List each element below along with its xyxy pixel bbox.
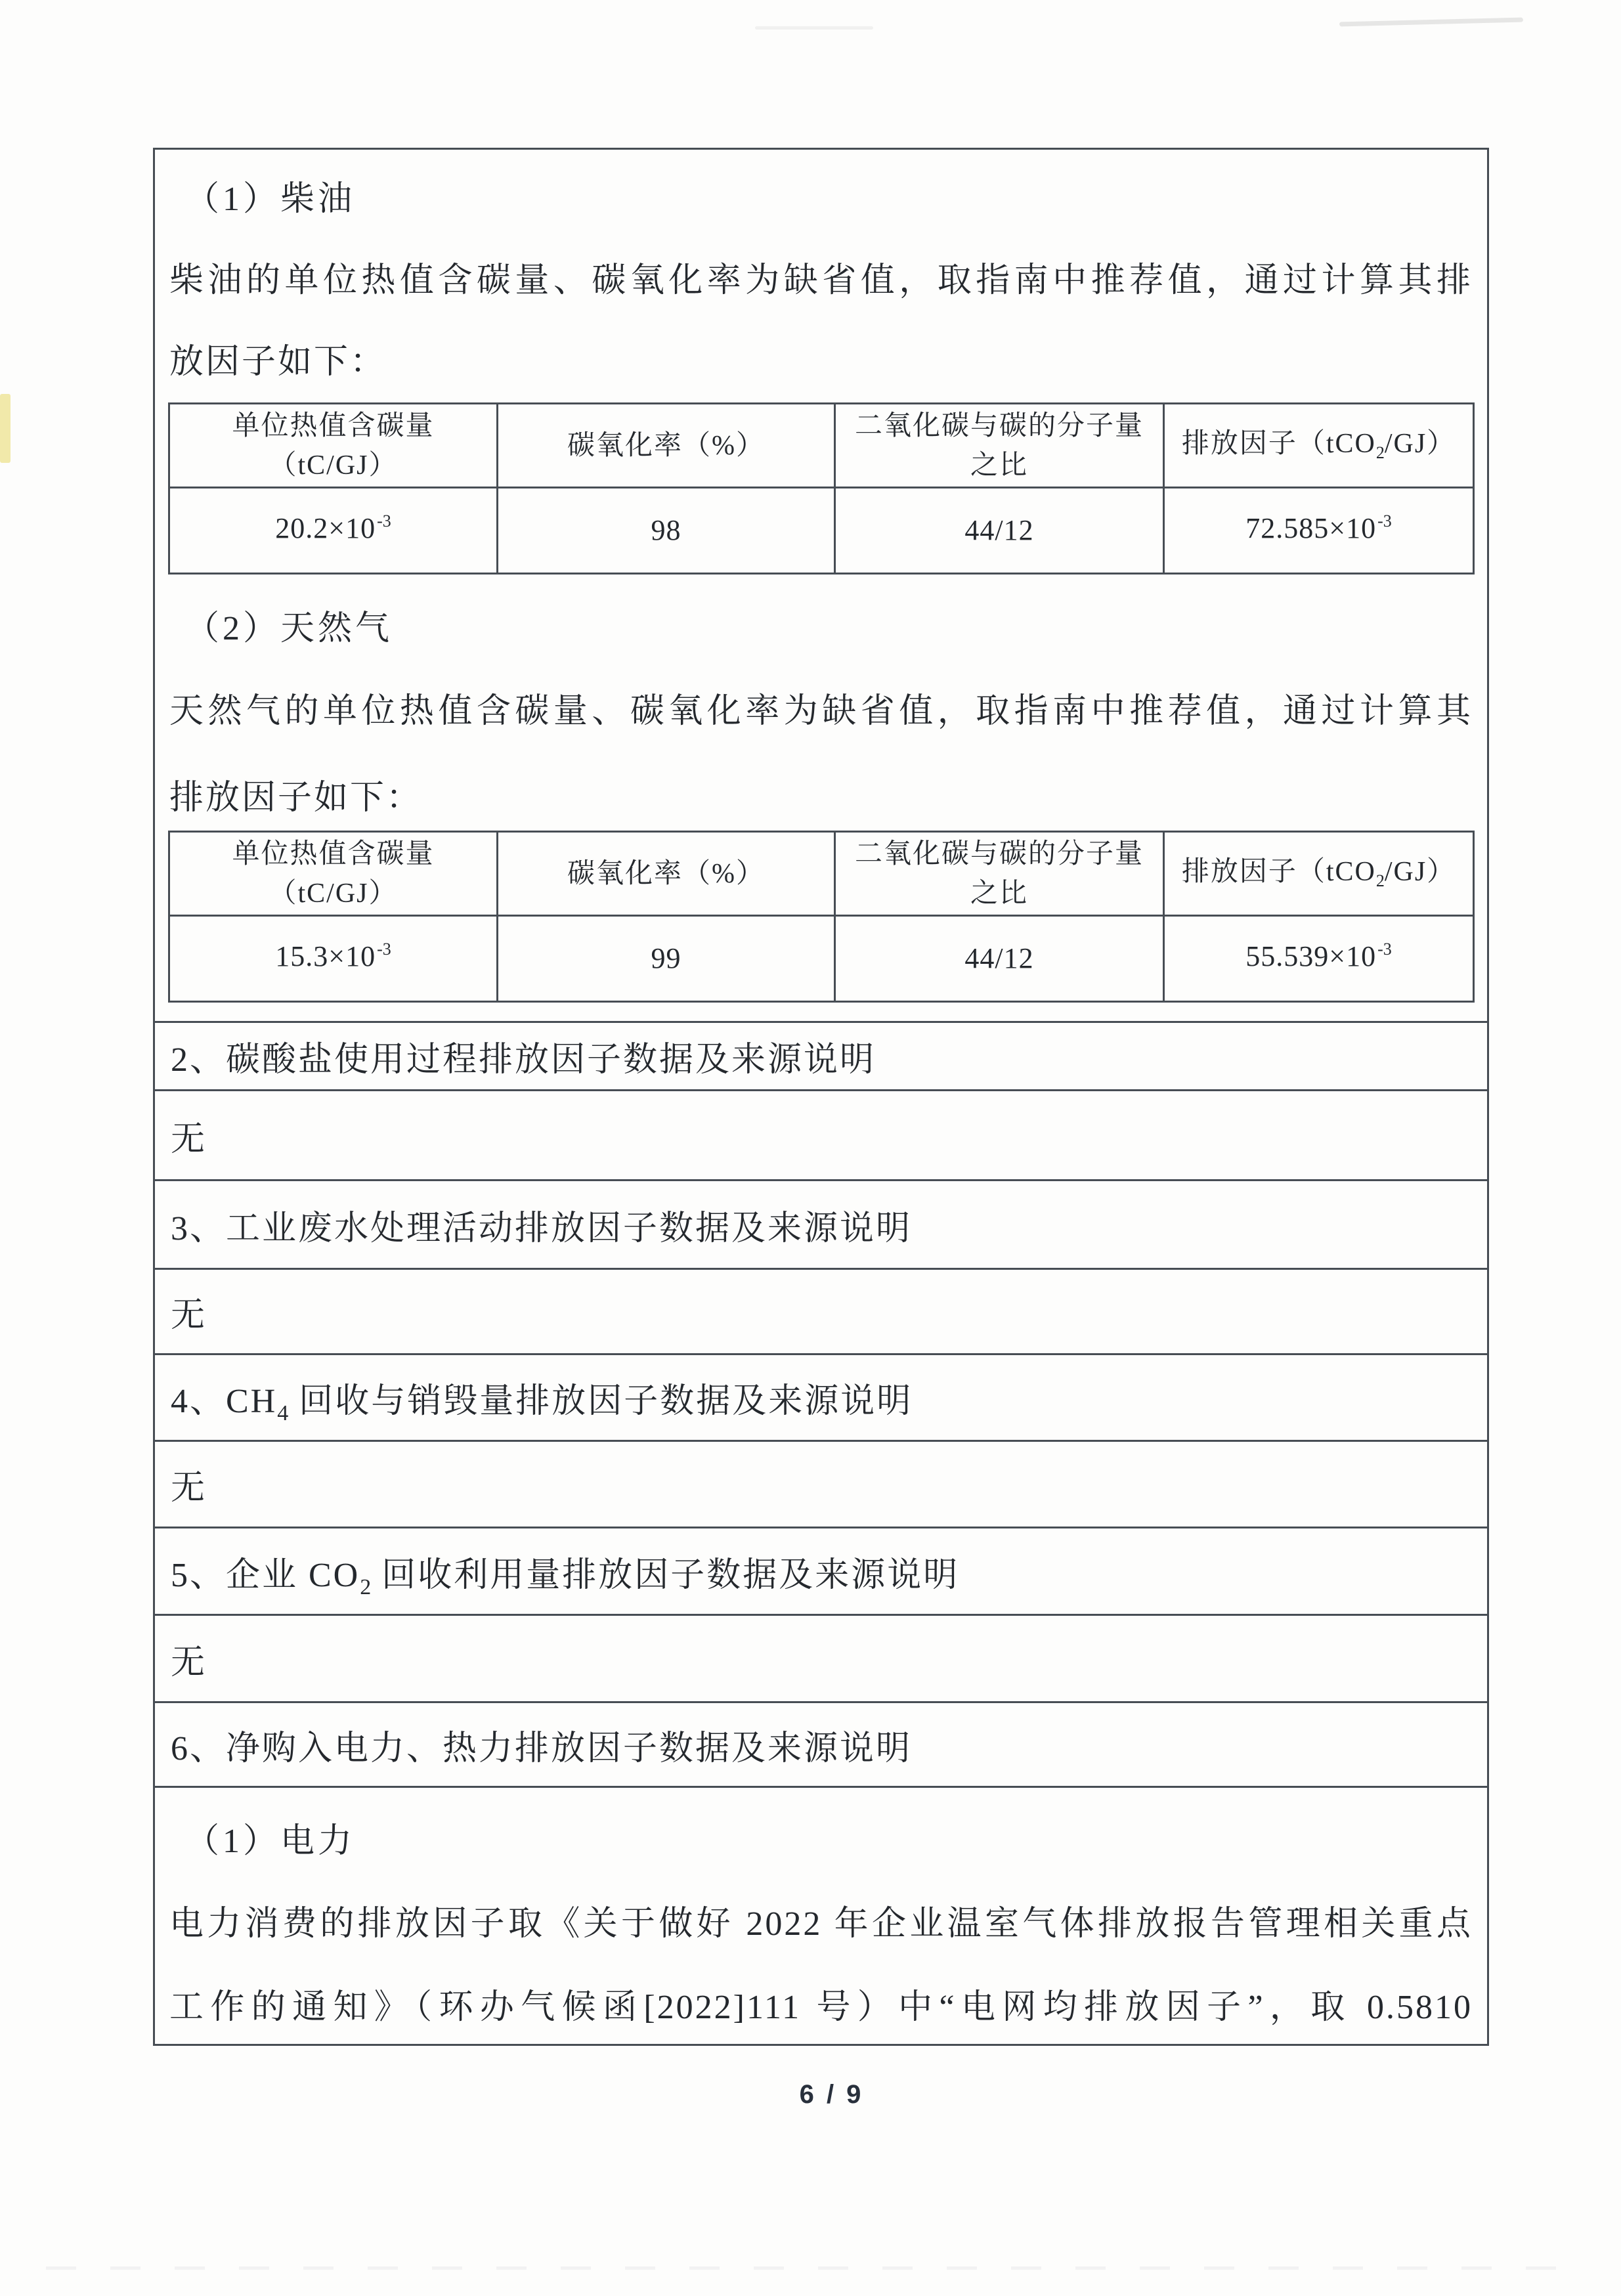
gas-factor-exponent: -3 bbox=[1377, 940, 1392, 959]
gas-value-oxidation: 99 bbox=[496, 917, 834, 1001]
scan-artifact-top-smudge bbox=[1339, 18, 1523, 27]
co2-heading-sub: 2 bbox=[360, 1575, 371, 1599]
diesel-oxidation-value: 98 bbox=[651, 511, 681, 550]
electricity-heat-heading-row: 6、净购入电力、热力排放因子数据及来源说明 bbox=[155, 1701, 1487, 1786]
scan-artifact-yellow-streak bbox=[0, 394, 11, 463]
gas-carbon-base: 15.3×10 bbox=[275, 940, 376, 972]
diesel-value-carbon-content: 20.2×10-3 bbox=[170, 488, 496, 573]
diesel-factor-table: 单位热值含碳量 （tC/GJ） 碳氧化率（%） 二氧化碳与碳的分子量 之比 排放… bbox=[168, 402, 1475, 574]
diesel-header-carbon-content: 单位热值含碳量 （tC/GJ） bbox=[170, 404, 496, 487]
carbonate-value: 无 bbox=[171, 1111, 207, 1160]
natural-gas-table-value-row: 15.3×10-3 99 44/12 55.539×10-3 bbox=[170, 917, 1473, 1001]
wastewater-heading-row: 3、工业废水处理活动排放因子数据及来源说明 bbox=[155, 1179, 1487, 1268]
diesel-ratio-value: 44/12 bbox=[964, 511, 1033, 550]
gas-header-oxidation-text: 碳氧化率（%） bbox=[567, 854, 765, 894]
electricity-paragraph-line1: 电力消费的排放因子取《关于做好 2022 年企业温室气体排放报告管理相关重点 bbox=[169, 1895, 1473, 1945]
co2-heading-pre: 5、企业 CO bbox=[171, 1557, 360, 1594]
scan-artifact-bottom-noise bbox=[46, 2266, 1576, 2270]
electricity-paragraph-line2-text: 工作的通知》（环办气候函[2022]111 号）中“电网均排放因子”，取 0.5… bbox=[169, 1979, 1473, 2028]
co2-recovery-value-row: 无 bbox=[155, 1614, 1487, 1701]
wastewater-value-row: 无 bbox=[155, 1268, 1487, 1353]
gas-header-ratio-line2: 之比 bbox=[970, 874, 1028, 913]
diesel-factor-exponent: -3 bbox=[1377, 511, 1392, 531]
ch4-heading-sub: 4 bbox=[277, 1401, 288, 1425]
electricity-paragraph-line1-text: 电力消费的排放因子取《关于做好 2022 年企业温室气体排放报告管理相关重点 bbox=[169, 1895, 1473, 1945]
diesel-header-molecular-ratio: 二氧化碳与碳的分子量 之比 bbox=[834, 404, 1163, 487]
gas-factor-base: 55.539×10 bbox=[1245, 940, 1376, 972]
diesel-header-factor-text: 排放因子（tCO2/GJ） bbox=[1182, 424, 1456, 467]
diesel-header-ratio-line1: 二氧化碳与碳的分子量 bbox=[855, 406, 1144, 446]
gas-header-carbon-line1: 单位热值含碳量 bbox=[232, 834, 434, 874]
gas-header-carbon-content: 单位热值含碳量 （tC/GJ） bbox=[170, 833, 496, 915]
scan-artifact-top-faint-line bbox=[755, 26, 873, 30]
gas-header-oxidation-rate: 碳氧化率（%） bbox=[496, 833, 834, 915]
diesel-header-factor-post: /GJ） bbox=[1385, 429, 1456, 459]
carbonate-value-row: 无 bbox=[155, 1089, 1487, 1179]
wastewater-heading: 3、工业废水处理活动排放因子数据及来源说明 bbox=[171, 1200, 912, 1249]
ch4-recovery-value-row: 无 bbox=[155, 1440, 1487, 1527]
diesel-value-oxidation: 98 bbox=[496, 488, 834, 573]
electricity-detail-section: （1）电力 电力消费的排放因子取《关于做好 2022 年企业温室气体排放报告管理… bbox=[155, 1786, 1487, 2044]
ch4-recovery-heading-row: 4、CH4 回收与销毁量排放因子数据及来源说明 bbox=[155, 1353, 1487, 1440]
diesel-paragraph-line1: 柴油的单位热值含碳量、碳氧化率为缺省值，取指南中推荐值，通过计算其排 bbox=[169, 252, 1473, 301]
diesel-header-ratio-line2: 之比 bbox=[970, 446, 1028, 485]
gas-value-ratio: 44/12 bbox=[834, 917, 1163, 1001]
diesel-header-oxidation-rate: 碳氧化率（%） bbox=[496, 404, 834, 487]
diesel-header-carbon-line1: 单位热值含碳量 bbox=[232, 406, 434, 446]
co2-recovery-heading: 5、企业 CO2 回收利用量排放因子数据及来源说明 bbox=[171, 1547, 959, 1596]
diesel-value-ratio: 44/12 bbox=[834, 488, 1163, 573]
wastewater-value: 无 bbox=[171, 1287, 207, 1336]
gas-factor-value: 55.539×10-3 bbox=[1245, 937, 1392, 980]
document-outer-table: （1）柴油 柴油的单位热值含碳量、碳氧化率为缺省值，取指南中推荐值，通过计算其排… bbox=[153, 148, 1489, 2046]
gas-value-carbon-content: 15.3×10-3 bbox=[170, 917, 496, 1001]
gas-header-carbon-line2: （tC/GJ） bbox=[269, 874, 397, 913]
diesel-table-value-row: 20.2×10-3 98 44/12 72.585×10-3 bbox=[170, 488, 1473, 573]
ch4-heading-pre: 4、CH bbox=[171, 1383, 277, 1420]
natural-gas-table-header-row: 单位热值含碳量 （tC/GJ） 碳氧化率（%） 二氧化碳与碳的分子量 之比 排放… bbox=[170, 833, 1473, 917]
fuel-emission-factor-section: （1）柴油 柴油的单位热值含碳量、碳氧化率为缺省值，取指南中推荐值，通过计算其排… bbox=[155, 150, 1487, 1021]
natural-gas-factor-table: 单位热值含碳量 （tC/GJ） 碳氧化率（%） 二氧化碳与碳的分子量 之比 排放… bbox=[168, 831, 1475, 1003]
gas-header-ratio-line1: 二氧化碳与碳的分子量 bbox=[855, 834, 1144, 874]
diesel-header-emission-factor: 排放因子（tCO2/GJ） bbox=[1163, 404, 1473, 487]
gas-header-factor-pre: 排放因子（tCO bbox=[1182, 857, 1376, 887]
diesel-header-factor-sub: 2 bbox=[1376, 443, 1385, 462]
diesel-header-factor-pre: 排放因子（tCO bbox=[1182, 429, 1376, 459]
ch4-recovery-value: 无 bbox=[171, 1460, 207, 1509]
diesel-value-factor: 72.585×10-3 bbox=[1163, 488, 1473, 573]
gas-value-factor: 55.539×10-3 bbox=[1163, 917, 1473, 1001]
diesel-carbon-base: 20.2×10 bbox=[275, 512, 376, 544]
diesel-paragraph-line2: 放因子如下： bbox=[169, 334, 1473, 383]
gas-header-factor-text: 排放因子（tCO2/GJ） bbox=[1182, 852, 1456, 895]
ch4-recovery-heading: 4、CH4 回收与销毁量排放因子数据及来源说明 bbox=[171, 1373, 913, 1422]
diesel-header-oxidation-text: 碳氧化率（%） bbox=[567, 426, 765, 466]
electricity-heat-heading: 6、净购入电力、热力排放因子数据及来源说明 bbox=[171, 1720, 912, 1769]
carbonate-heading: 2、碳酸盐使用过程排放因子数据及来源说明 bbox=[171, 1031, 876, 1081]
diesel-carbon-exponent: -3 bbox=[377, 511, 391, 531]
gas-header-factor-post: /GJ） bbox=[1385, 857, 1456, 887]
gas-ratio-value: 44/12 bbox=[964, 939, 1033, 978]
gas-carbon-exponent: -3 bbox=[377, 940, 391, 959]
gas-header-molecular-ratio: 二氧化碳与碳的分子量 之比 bbox=[834, 833, 1163, 915]
natural-gas-paragraph-line1: 天然气的单位热值含碳量、碳氧化率为缺省值，取指南中推荐值，通过计算其 bbox=[169, 683, 1473, 732]
diesel-table-header-row: 单位热值含碳量 （tC/GJ） 碳氧化率（%） 二氧化碳与碳的分子量 之比 排放… bbox=[170, 404, 1473, 488]
natural-gas-paragraph-line2: 排放因子如下： bbox=[169, 769, 1473, 819]
diesel-factor-value: 72.585×10-3 bbox=[1245, 509, 1392, 552]
electricity-sub-title: （1）电力 bbox=[185, 1813, 355, 1862]
diesel-section-title: （1）柴油 bbox=[185, 171, 355, 220]
ch4-heading-post: 回收与销毁量排放因子数据及来源说明 bbox=[288, 1383, 913, 1420]
diesel-paragraph-line1-text: 柴油的单位热值含碳量、碳氧化率为缺省值，取指南中推荐值，通过计算其排 bbox=[169, 252, 1473, 301]
diesel-header-carbon-line2: （tC/GJ） bbox=[269, 446, 397, 485]
gas-oxidation-value: 99 bbox=[651, 939, 681, 978]
co2-recovery-value: 无 bbox=[171, 1634, 207, 1683]
gas-carbon-value: 15.3×10-3 bbox=[275, 937, 391, 980]
scanned-report-page: { "page": { "footer": "6 / 9" }, "colors… bbox=[0, 0, 1621, 2296]
electricity-paragraph-line2: 工作的通知》（环办气候函[2022]111 号）中“电网均排放因子”，取 0.5… bbox=[169, 1979, 1473, 2028]
co2-heading-post: 回收利用量排放因子数据及来源说明 bbox=[371, 1557, 959, 1594]
natural-gas-section-title: （2）天然气 bbox=[185, 600, 393, 649]
page-number-footer: 6 / 9 bbox=[0, 2080, 1621, 2114]
natural-gas-paragraph-line1-text: 天然气的单位热值含碳量、碳氧化率为缺省值，取指南中推荐值，通过计算其 bbox=[169, 683, 1473, 732]
co2-recovery-heading-row: 5、企业 CO2 回收利用量排放因子数据及来源说明 bbox=[155, 1527, 1487, 1614]
gas-header-emission-factor: 排放因子（tCO2/GJ） bbox=[1163, 833, 1473, 915]
diesel-factor-base: 72.585×10 bbox=[1245, 512, 1376, 544]
gas-header-factor-sub: 2 bbox=[1376, 871, 1385, 890]
carbonate-heading-row: 2、碳酸盐使用过程排放因子数据及来源说明 bbox=[155, 1021, 1487, 1089]
diesel-carbon-value: 20.2×10-3 bbox=[275, 509, 391, 552]
